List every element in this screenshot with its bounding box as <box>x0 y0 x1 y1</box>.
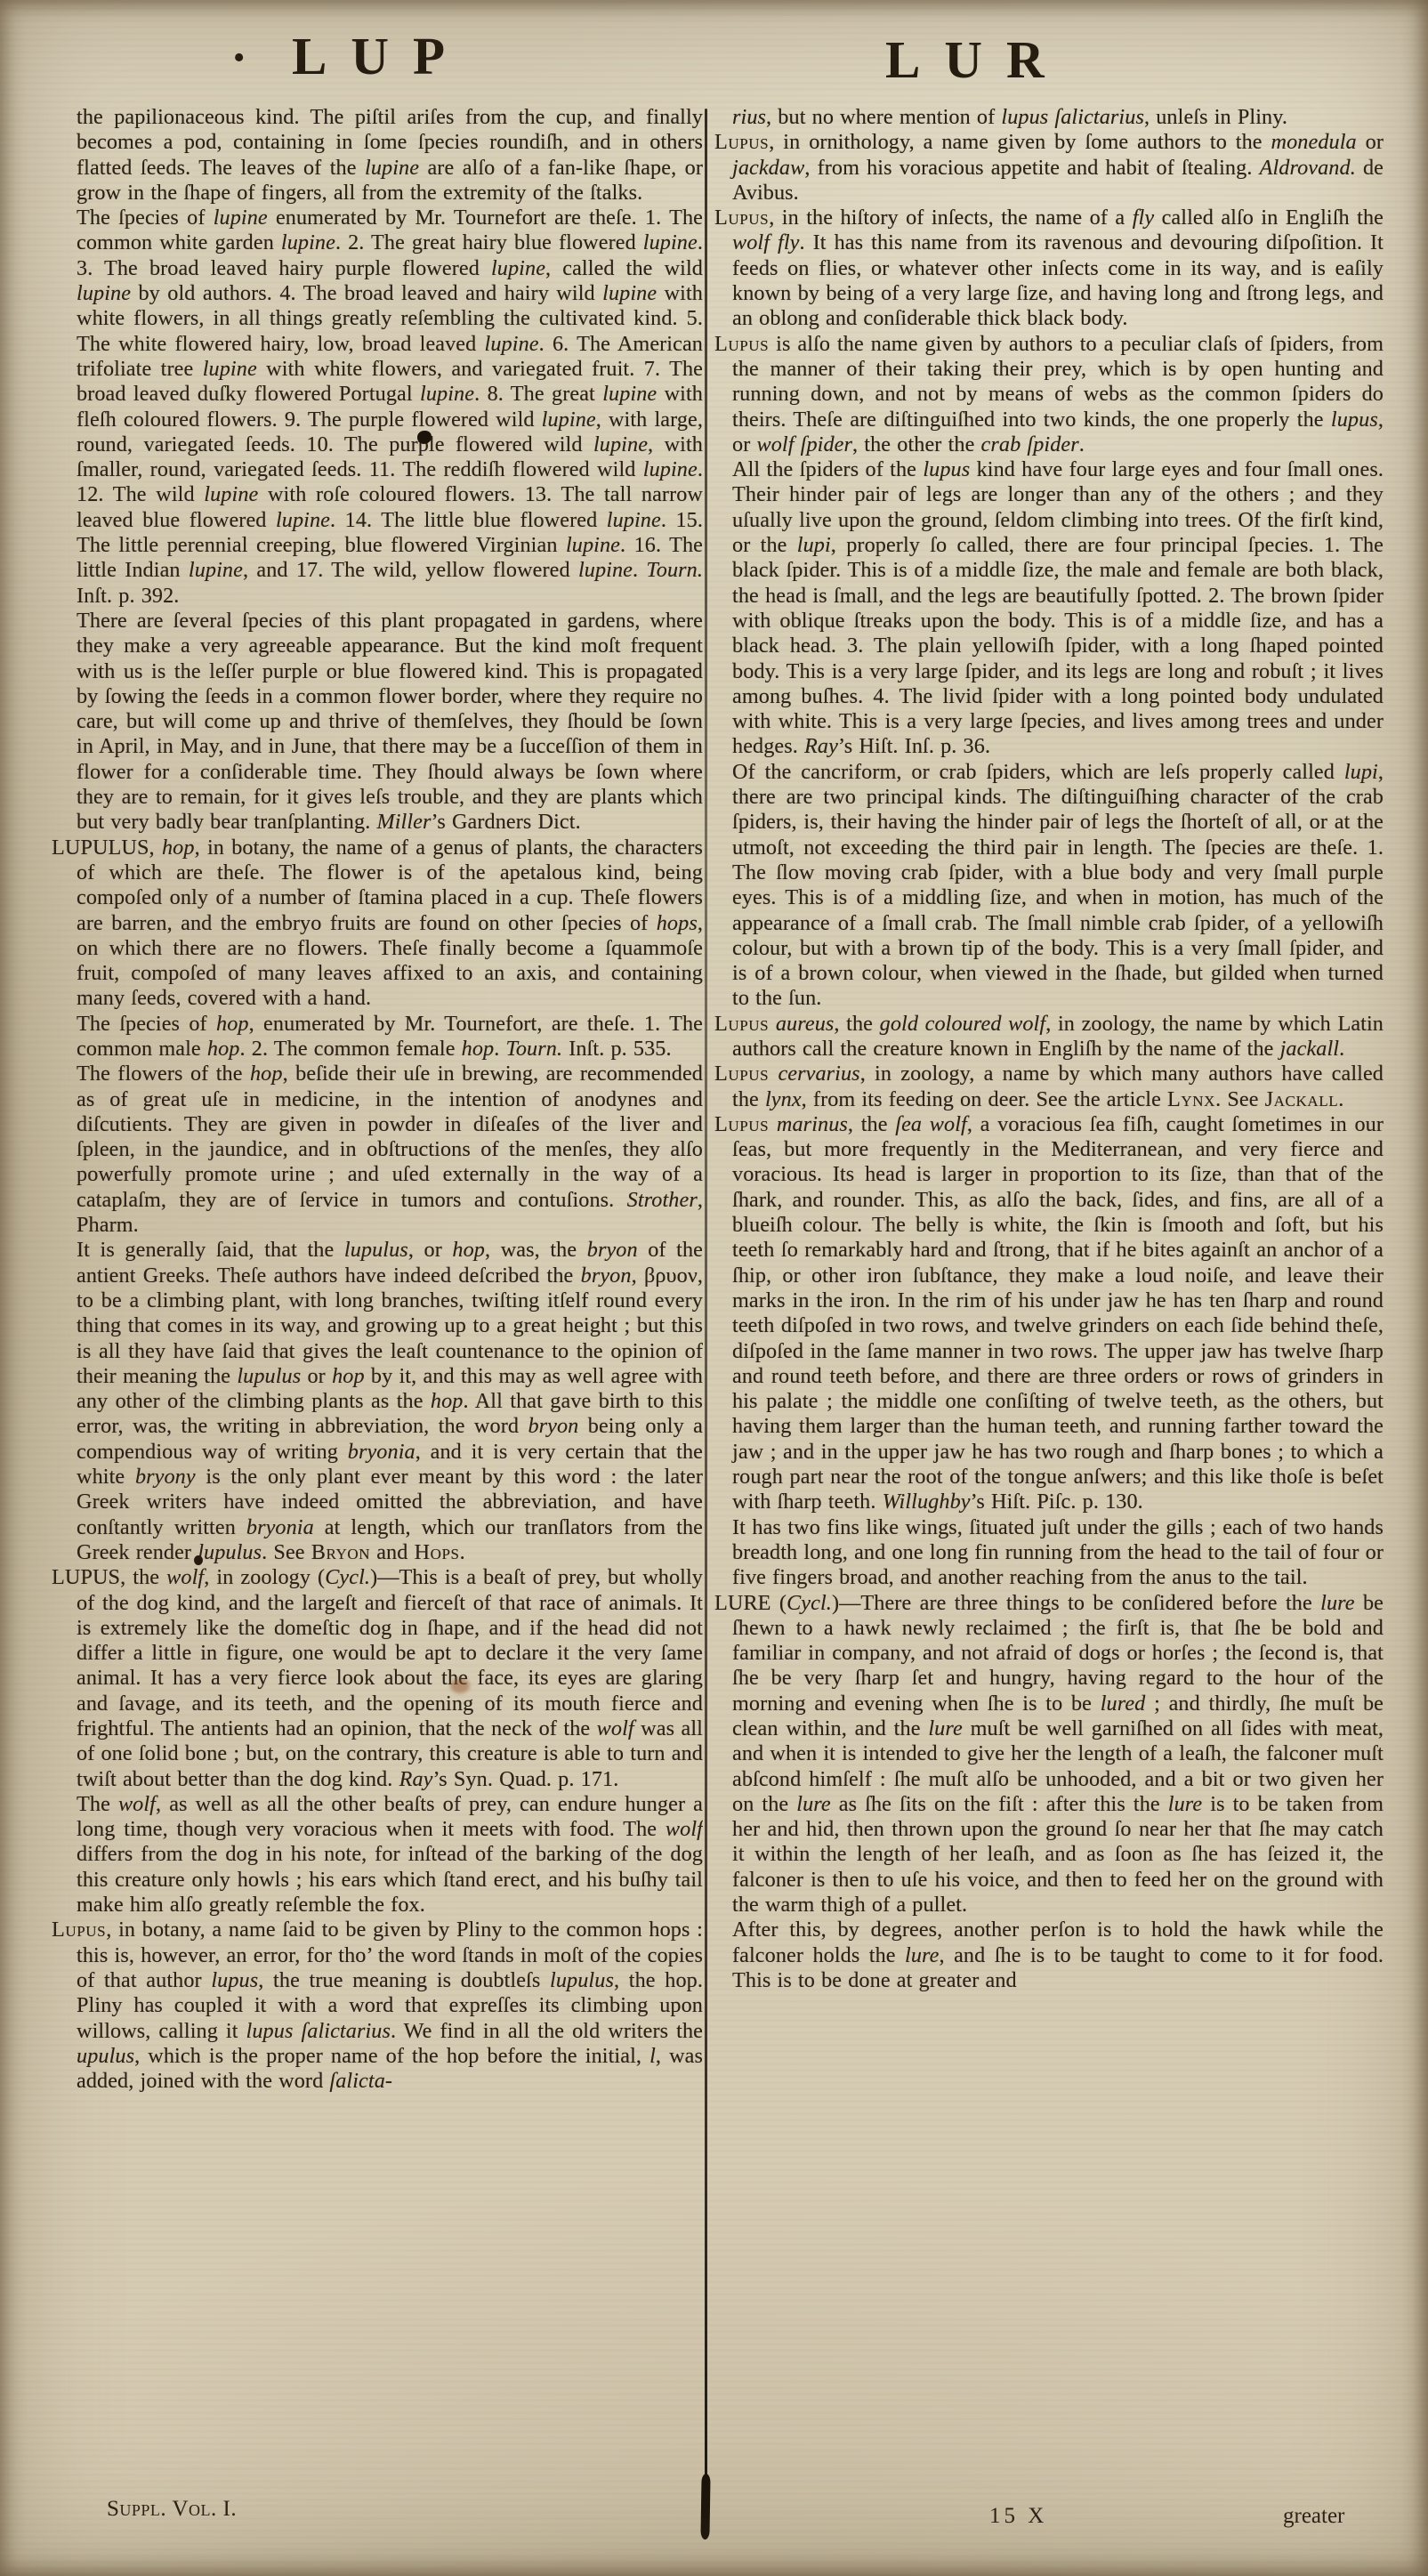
entry-paragraph: Lupus, in botany, a name ſaid to be give… <box>52 1918 703 2094</box>
entry-paragraph: Lupus aureus, the gold coloured wolf, in… <box>714 1012 1384 1062</box>
volume-signature: Suppl. Vol. I. <box>107 2497 237 2522</box>
text-paragraph: There are ſeveral ſpecies of this plant … <box>52 609 703 836</box>
text-paragraph: The wolf, as well as all the other beaſt… <box>52 1792 703 1918</box>
entry-paragraph: LUPULUS, hop, in botany, the name of a g… <box>52 836 703 1012</box>
text-paragraph: Of the cancriform, or crab ſpiders, whic… <box>714 760 1384 1012</box>
text-paragraph: After this, by degrees, another perſon i… <box>714 1918 1384 1993</box>
gathering-signature: 15 X <box>989 2504 1047 2529</box>
entry-paragraph: LUPUS, the wolf, in zoology (Cycl.)—This… <box>52 1565 703 1792</box>
text-paragraph: The flowers of the hop, beſide their uſe… <box>52 1062 703 1238</box>
text-column-right: rius, but no where mention of lupus ſali… <box>714 105 1384 2500</box>
text-paragraph: All the ſpiders of the lupus kind have f… <box>714 457 1384 760</box>
header-ornament-dot: • <box>233 41 245 75</box>
page: • LUP LUR the papilionaceous kind. The p… <box>0 0 1428 2576</box>
text-paragraph: The ſpecies of hop, enumerated by Mr. To… <box>52 1012 703 1062</box>
entry-paragraph: Lupus, in ornithology, a name given by ſ… <box>714 130 1384 206</box>
catchword: greater <box>1283 2504 1344 2529</box>
entry-paragraph: LURE (Cycl.)—There are three things to b… <box>714 1591 1384 1918</box>
entry-paragraph: Lupus is alſo the name given by authors … <box>714 332 1384 457</box>
rust-stain <box>450 1678 470 1693</box>
ink-blot <box>194 1555 203 1565</box>
entry-paragraph: Lupus marinus, the ſea wolf, a voracious… <box>714 1112 1384 1515</box>
text-column-left: the papilionaceous kind. The piſtil ariſ… <box>52 105 703 2500</box>
column-divider-rule <box>705 109 707 2477</box>
text-paragraph: It is generally ſaid, that the lupulus, … <box>52 1238 703 1565</box>
running-header-left: LUP <box>292 30 469 83</box>
running-header-right: LUR <box>885 34 1069 86</box>
text-paragraph: the papilionaceous kind. The piſtil ariſ… <box>52 105 703 206</box>
text-paragraph: rius, but no where mention of lupus ſali… <box>714 105 1384 130</box>
text-paragraph: The ſpecies of lupine enumerated by Mr. … <box>52 206 703 609</box>
entry-paragraph: Lupus cervarius, in zoology, a name by w… <box>714 1062 1384 1112</box>
text-paragraph: It has two fins like wings, ſituated juſ… <box>714 1515 1384 1591</box>
entry-paragraph: Lupus, in the hiſtory of inſects, the na… <box>714 206 1384 331</box>
